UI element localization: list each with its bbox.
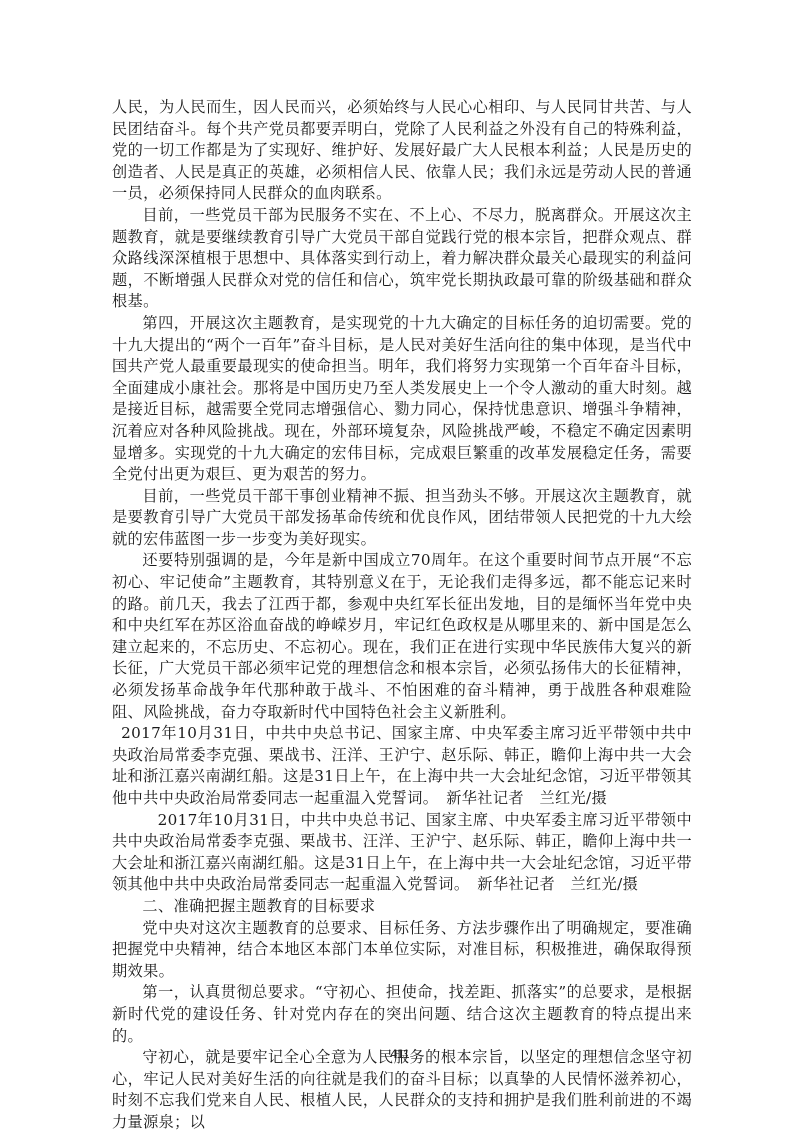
- paragraph-first-general-requirement: 第一，认真贯彻总要求。“守初心、担使命，找差距、抓落实”的总要求，是根据新时代党…: [112, 982, 692, 1047]
- photo-caption-1: 2017年10月31日，中共中央总书记、国家主席、中央军委主席习近平带领中共中央…: [112, 723, 692, 809]
- photo-caption-2: 2017年10月31日，中共中央总书记、国家主席、中央军委主席习近平带领中共中央…: [112, 810, 692, 896]
- paragraph-fourth-goals: 第四，开展这次主题教育，是实现党的十九大确定的目标任务的迫切需要。党的十九大提出…: [112, 313, 692, 486]
- paragraph-70th-anniversary: 还要特别强调的是，今年是新中国成立70周年。在这个重要时间节点开展“不忘初心、牢…: [112, 550, 692, 723]
- page-number: 411: [0, 1047, 800, 1061]
- paragraph-people-centered: 人民，为人民而生，因人民而兴，必须始终与人民心心相印、与人民同甘共苦、与人民团结…: [112, 97, 692, 205]
- paragraph-entrepreneurial-spirit: 目前，一些党员干部干事创业精神不振、担当劲头不够。开展这次主题教育，就是要教育引…: [112, 486, 692, 551]
- document-page-body: 人民，为人民而生，因人民而兴，必须始终与人民心心相印、与人民同甘共苦、与人民团结…: [112, 97, 692, 1133]
- section-heading-2: 二、准确把握主题教育的目标要求: [112, 896, 692, 918]
- paragraph-serve-people-education: 目前，一些党员干部为民服务不实在、不上心、不尽力，脱离群众。开展这次主题教育，就…: [112, 205, 692, 313]
- paragraph-central-requirements: 党中央对这次主题教育的总要求、目标任务、方法步骤作出了明确规定，要准确把握党中央…: [112, 918, 692, 983]
